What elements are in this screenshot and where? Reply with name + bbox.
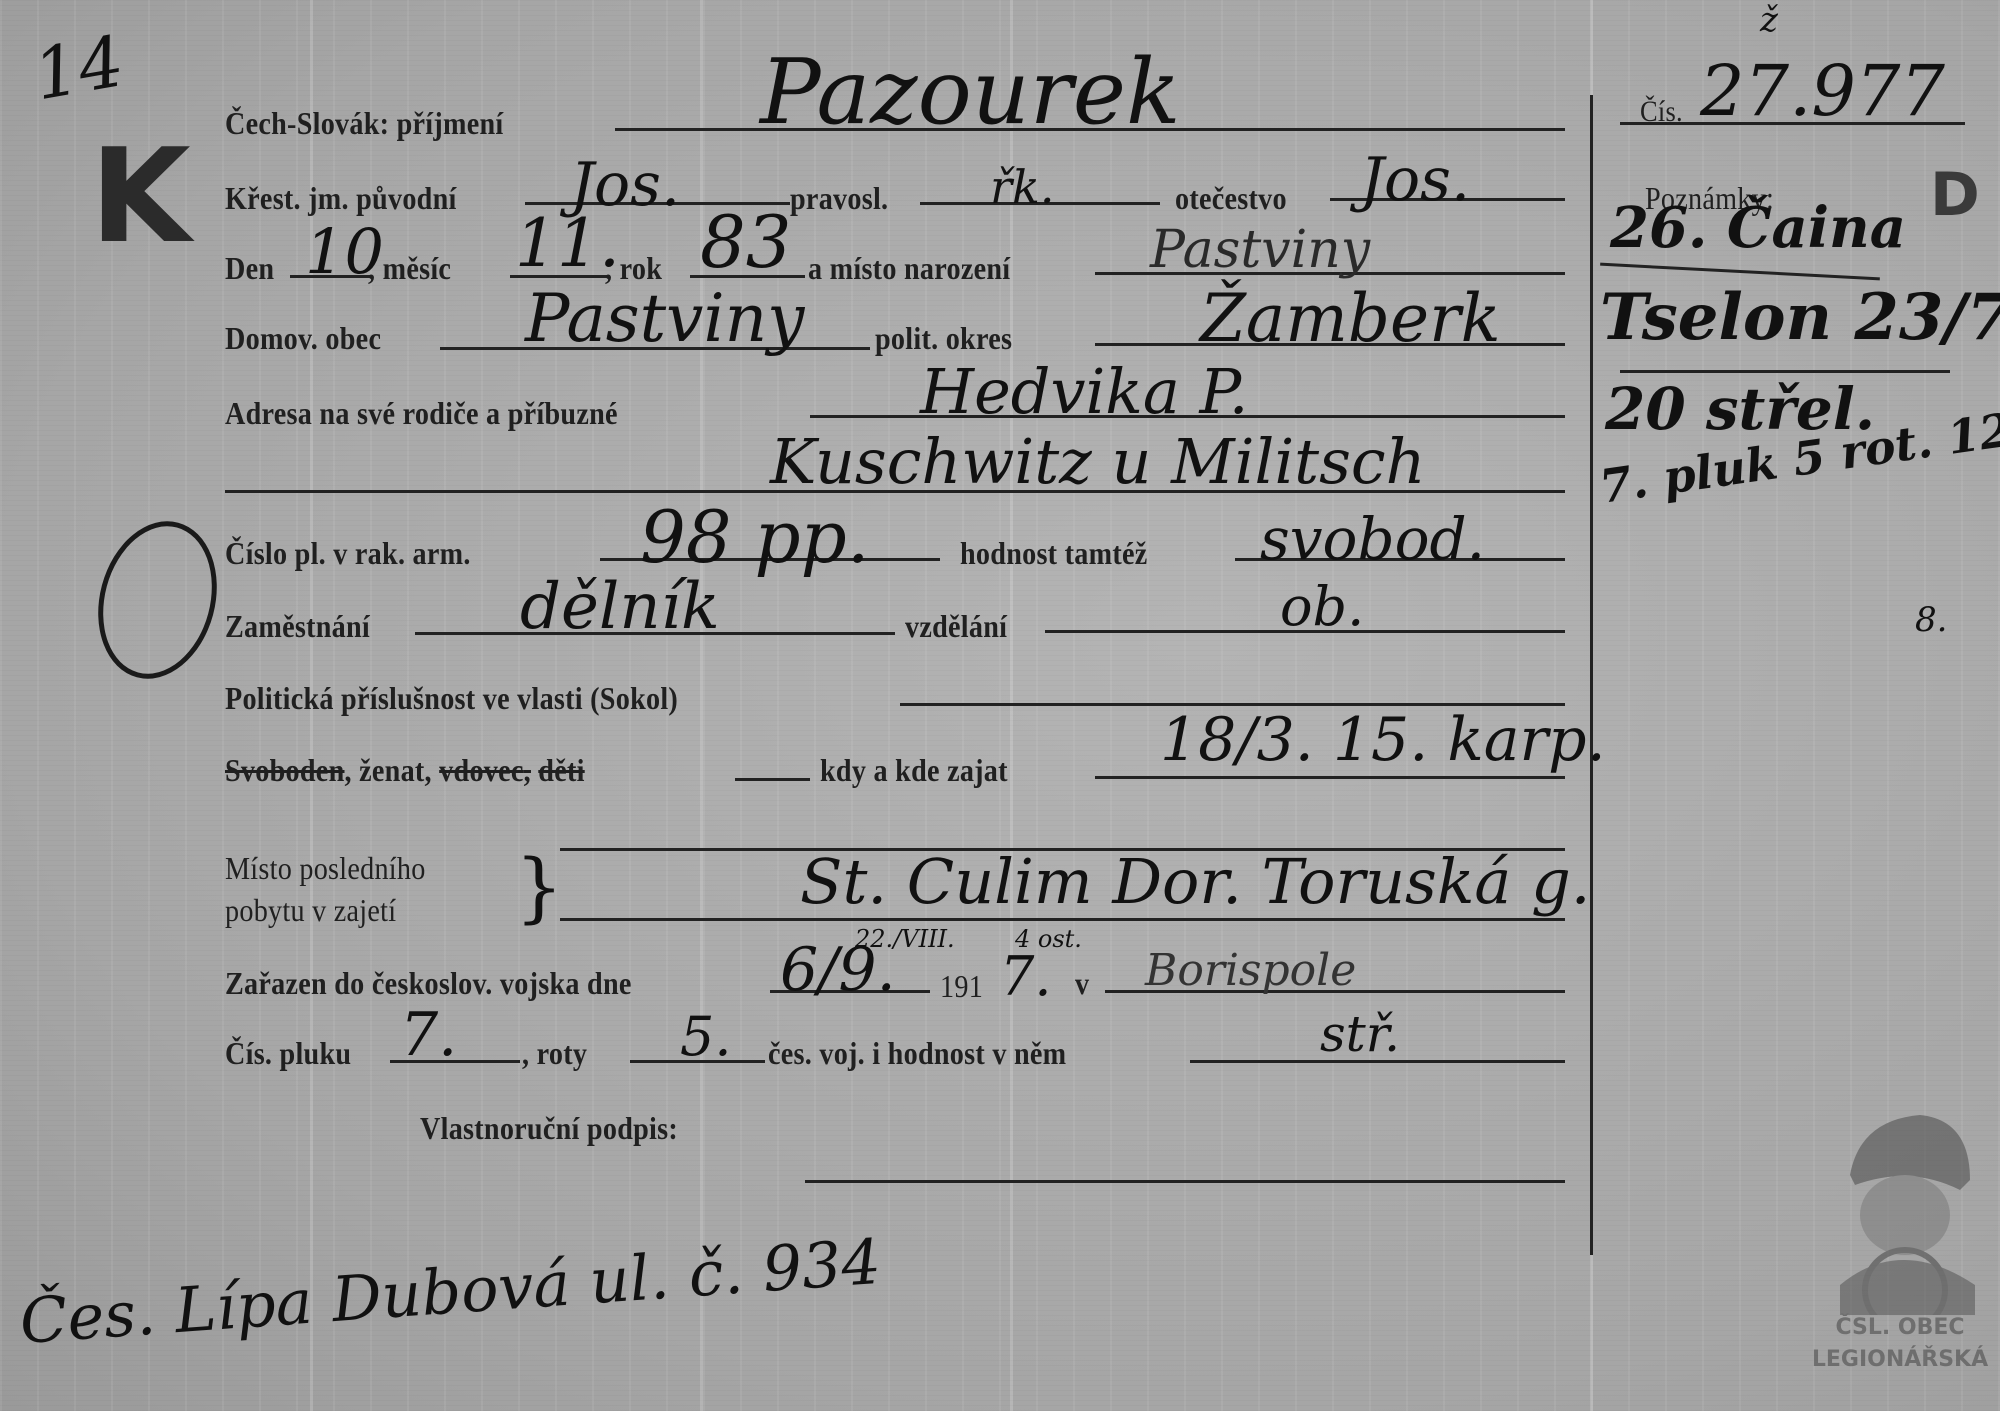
district-label: polit. okres: [875, 320, 1012, 357]
signature-line: [805, 1180, 1565, 1183]
capture-line: [1095, 776, 1565, 779]
marital-line: [735, 778, 810, 781]
logo-text-2: LEGIONÁŘSKÁ: [1810, 1347, 1990, 1372]
column-divider: [1590, 95, 1593, 1255]
soldier-helmet-icon: [1810, 1085, 1990, 1315]
education-value: ob.: [1280, 575, 1364, 638]
home-value: Pastviny: [525, 280, 804, 357]
signature-label: Vlastnoruční podpis:: [420, 1110, 678, 1147]
footer-note: Čes. Lípa Dubová ul. č. 934: [17, 1225, 883, 1358]
captivity-label-2: pobytu v zajetí: [225, 892, 396, 929]
birth-place-label: a místo narození: [808, 250, 1010, 287]
unit-regiment: 7.: [400, 1000, 457, 1070]
index-card: 14 K D Čís. 27.977 ž Čech-Slovák: příjme…: [0, 0, 2000, 1411]
surname-value: Pazourek: [760, 40, 1181, 145]
remarks-line: 26. Čaina: [1610, 195, 1906, 261]
unit-rank-label: čes. voj. i hodnost v něm: [768, 1035, 1066, 1072]
unit-company: 5.: [680, 1005, 732, 1068]
father-value: Jos.: [1360, 145, 1470, 215]
marital-status: Svoboden, ženat, vdovec, děti: [225, 752, 585, 789]
enlisted-date-note: 22./VIII.: [855, 925, 955, 953]
surname-label: Čech-Slovák: příjmení: [225, 105, 504, 142]
circle-mark: [81, 508, 233, 692]
birth-year: 83: [700, 200, 792, 284]
education-label: vzdělání: [905, 608, 1007, 645]
father-label: otečestvo: [1175, 180, 1287, 217]
captivity-line-2: [560, 918, 1565, 921]
unit-regiment-label: Čís. pluku: [225, 1035, 351, 1072]
occupation-value: dělník: [520, 570, 720, 644]
occupation-label: Zaměstnání: [225, 608, 370, 645]
logo-text-1: ČSL. OBEC: [1810, 1315, 1990, 1340]
remarks-line: 8.: [1915, 600, 1947, 640]
birth-month-label: , měsíc: [368, 250, 451, 287]
enlisted-place-label: v: [1075, 965, 1089, 1002]
religion-value: řk.: [990, 160, 1055, 214]
remarks-underline: [1620, 370, 1950, 373]
enlisted-year-prefix: 191: [940, 968, 983, 1005]
regiment-label: Číslo pl. v rak. arm.: [225, 535, 471, 572]
remarks-underline: [1600, 263, 1880, 281]
marital-option-married: ženat: [359, 752, 424, 788]
captivity-label-1: Místo posledního: [225, 850, 426, 887]
birth-day-label: Den: [225, 250, 274, 287]
address-line1-value: Hedvika P.: [920, 355, 1248, 428]
stamp-d: D: [1930, 160, 1980, 230]
address-label: Adresa na své rodiče a příbuzné: [225, 395, 618, 432]
rank-label: hodnost tamtéž: [960, 535, 1148, 572]
enlisted-year-note: 4 ost.: [1015, 925, 1082, 953]
marital-option-single: Svoboden: [225, 752, 345, 788]
politics-label: Politická příslušnost ve vlasti (Sokol): [225, 680, 678, 717]
remarks-line: Tselon 23/7.: [1600, 280, 2000, 355]
corner-mark: 14: [28, 20, 130, 116]
marital-option-children: děti: [538, 752, 584, 788]
stamp-k: K: [90, 120, 191, 272]
enlisted-year-digit: 7.: [1000, 945, 1052, 1008]
number-value: 27.977: [1700, 50, 1945, 132]
given-name-label: Křest. jm. původní: [225, 180, 457, 217]
address-line2-value: Kuschwitz u Militsch: [770, 425, 1426, 498]
legion-logo: ČSL. OBEC LEGIONÁŘSKÁ: [1810, 1085, 1990, 1405]
unit-company-label: , roty: [522, 1035, 587, 1072]
rank-value: svobod.: [1260, 505, 1485, 573]
captivity-value: St. Culim Dor. Toruská g.: [800, 845, 1591, 918]
birth-place: Pastviny: [1150, 220, 1370, 280]
home-label: Domov. obec: [225, 320, 381, 357]
capture-value: 18/3. 15. karp.: [1160, 705, 1606, 775]
capture-label: kdy a kde zajat: [820, 752, 1008, 789]
marital-option-widower: vdovec: [439, 752, 523, 788]
unit-rank: stř.: [1320, 1005, 1400, 1063]
enlisted-place: Borispole: [1145, 945, 1356, 996]
regiment-value: 98 pp.: [640, 495, 870, 579]
religion-label: pravosl.: [790, 180, 888, 217]
district-value: Žamberk: [1200, 280, 1501, 357]
enlisted-label: Zařazen do českoslov. vojska dne: [225, 965, 632, 1002]
number-mark: ž: [1760, 0, 1778, 40]
captivity-brace: }: [515, 842, 563, 931]
